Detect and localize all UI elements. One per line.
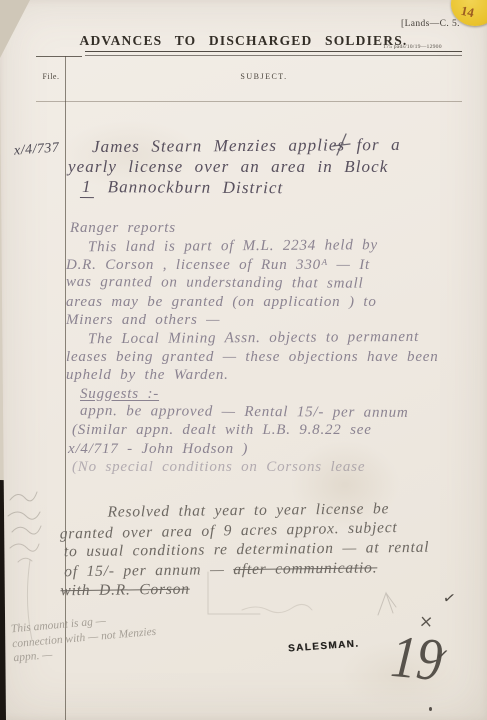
column-header-subject: SUBJECT.	[66, 72, 462, 81]
pencil-dot	[429, 707, 432, 711]
suggests-heading: Suggests :-	[80, 386, 439, 404]
file-number: x/4/737	[13, 140, 60, 159]
cross-mark-icon: ×	[418, 612, 434, 633]
ranger-report-heading: Ranger reports	[70, 220, 439, 238]
check-mark-icon: ✓	[435, 644, 451, 665]
struck-text: with D.R. Corson	[60, 578, 430, 602]
scanned-document-page: [Lands—C. 5. ADVANCES TO DISCHARGED SOLD…	[0, 0, 487, 720]
handwriting-line: leases being granted — these objections …	[66, 349, 439, 367]
printer-code: 175 pads/10/19—12900	[383, 44, 442, 50]
handwriting-line: Miners and others —	[66, 312, 439, 330]
handwriting-line: This land is part of M.L. 2234 held by	[88, 237, 439, 258]
handwriting-line: areas may be granted (on application ) t…	[66, 294, 439, 312]
handwriting-line: (No special conditions on Corsons lease	[72, 459, 439, 477]
block-number: 1	[80, 177, 94, 198]
header-rule-left	[36, 56, 82, 57]
handwriting-line: The Local Mining Assn. objects to perman…	[88, 329, 439, 350]
struck-text: after communicatio.	[233, 559, 377, 578]
form-series-reference: [Lands—C. 5.	[401, 19, 460, 29]
handwriting-line: upheld by the Warden.	[66, 367, 439, 385]
district-name: Bannockburn District	[108, 177, 284, 197]
application-paragraph: James Stearn Menzies applies for a yearl…	[66, 136, 401, 199]
handwriting-line: James Stearn Menzies applies for a	[92, 135, 401, 158]
rental-text: of 15/- per annum —	[64, 561, 225, 580]
handwriting-line: yearly license over an area in Block	[68, 157, 401, 178]
check-mark-icon: ✓	[442, 588, 458, 608]
column-header-file: File.	[36, 72, 66, 81]
resolution-paragraph: Resolved that year to year license be gr…	[59, 500, 430, 602]
handwriting-line: appn. be approved — Rental 15/- per annu…	[80, 403, 439, 424]
header-separator-rule	[36, 101, 462, 102]
handwriting-line: was granted on understanding that small	[66, 274, 439, 295]
handwriting-line: x/4/717 - John Hodson )	[68, 441, 439, 459]
header-double-rule	[85, 51, 462, 56]
ranger-report: Ranger reports This land is part of M.L.…	[66, 220, 439, 477]
handwriting-line: (Similar appn. dealt with L.B. 9.8.22 se…	[72, 422, 439, 440]
handwriting-line: 1Bannockburn District	[80, 177, 401, 200]
faint-pencil-note: This amount is ag — connection with — no…	[10, 610, 158, 666]
salesman-stamp: SALESMAN.	[288, 639, 360, 655]
sticker-number: 14	[459, 3, 475, 21]
handwriting-line: D.R. Corson , licensee of Run 330ᴬ — It	[66, 257, 439, 275]
